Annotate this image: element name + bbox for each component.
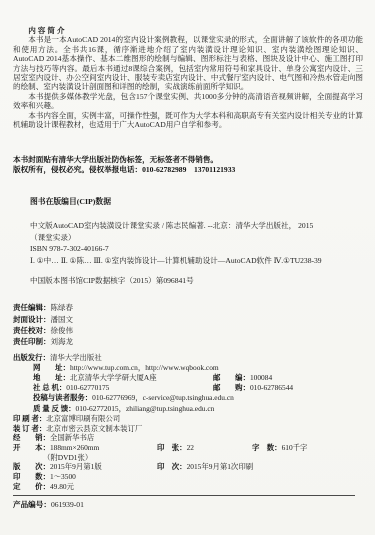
credit-value: 潘国文: [51, 315, 74, 324]
credit-row-print-supervisor: 责任印制：刘海龙: [13, 336, 363, 347]
content-summary-title: 内容简介: [13, 26, 363, 35]
cip-classification: Ⅰ. ①中… Ⅱ. ①陈… Ⅲ. ①室内装饰设计—计算机辅助设计—AutoCAD…: [30, 255, 363, 267]
website-row: 网 址：http://www.tup.com.cn，http://www.wqb…: [33, 363, 363, 373]
distributor-value: 全国新华书店: [50, 433, 94, 443]
publisher-row: 出版发行：清华大学出版社: [13, 353, 363, 363]
mail-order-label: 邮 购：: [213, 383, 250, 392]
reader-service-value: 010-62776969，c-service@tup.tsinghua.edu.…: [92, 393, 234, 403]
cip-series: （课堂实录）: [30, 232, 363, 244]
edition-row: 版 次：2015年9月第1版 印 次：2015年9月第1次印刷: [13, 462, 363, 472]
cip-title-line: 中文版AutoCAD室内装潢设计课堂实录 / 陈志民编著. --北京：清华大学出…: [30, 220, 363, 232]
quality-feedback-value: 010-62772015，zhiliang@tup.tsinghua.edu.c…: [76, 404, 215, 414]
impression-value: 2015年9月第1次印刷: [187, 462, 254, 471]
distributor-row: 经 销：全国新华书店: [13, 433, 363, 443]
format-label: 开 本：: [13, 443, 50, 452]
print-run-row: 印 数：1～3500: [13, 472, 363, 482]
address-row: 地 址：北京清华大学学研大厦A座 邮 编：100084: [33, 373, 363, 383]
binder-value: 北京市密云县京文制本装订厂: [46, 424, 142, 434]
product-number-value: 061939-01: [51, 500, 84, 509]
dvd-note: （附DVD1张）: [43, 453, 363, 463]
credit-label: 责任校对：: [13, 326, 51, 335]
publisher-name: 清华大学出版社: [50, 353, 102, 363]
sheets-label: 印 张：: [157, 443, 187, 452]
word-count-label: 字 数：: [252, 443, 282, 452]
product-number-label: 产品编号：: [13, 500, 51, 509]
credit-label: 责任印制：: [13, 337, 51, 346]
website-value: http://www.tup.com.cn，http://www.wqbook.…: [70, 363, 219, 373]
impression-label: 印 次：: [157, 462, 187, 471]
quality-feedback-label: 质 量 反 馈：: [33, 404, 76, 414]
printer-label: 印 刷 者：: [13, 414, 46, 424]
anti-piracy-notice: 本书封面贴有清华大学出版社防伪标签，无标签者不得销售。 版权所有，侵权必究。侵权…: [13, 155, 363, 175]
price-row: 定 价：49.80元: [13, 482, 363, 492]
reader-service-row: 投稿与读者服务：010-62776969，c-service@tup.tsing…: [33, 393, 363, 403]
zip-label: 邮 编：: [213, 373, 250, 382]
copyright-page: 内容简介 本书是一本AutoCAD 2014的室内设计案例教程，以课堂实录的形式…: [0, 0, 375, 535]
format-row: 开 本：188mm×260mm 印 张：22 字 数：610千字: [13, 443, 363, 453]
switchboard-value: 010-62770175: [66, 383, 109, 392]
distributor-label: 经 销：: [13, 433, 50, 443]
print-run-value: 1～3500: [50, 472, 76, 482]
switchboard-label: 社 总 机：: [33, 383, 66, 392]
credit-row-proofreader: 责任校对：徐俊伟: [13, 325, 363, 336]
edition-label: 版 次：: [13, 462, 50, 471]
printing-info-section: 印 刷 者：北京富博印刷有限公司 装 订 者：北京市密云县京文制本装订厂 经 销…: [13, 414, 363, 492]
sheets-value: 22: [187, 443, 194, 452]
address-value: 北京清华大学学研大厦A座: [70, 373, 157, 382]
credit-row-editor: 责任编辑：陈绿春: [13, 302, 363, 313]
print-run-label: 印 数：: [13, 472, 50, 482]
printer-value: 北京富博印刷有限公司: [46, 414, 120, 424]
website-label: 网 址：: [33, 363, 70, 373]
word-count-value: 610千字: [282, 443, 308, 452]
credit-label: 责任编辑：: [13, 303, 51, 312]
price-label: 定 价：: [13, 482, 50, 492]
intro-paragraph-3: 本书内容全面，实例丰富，可操作性强，既可作为大学本科和高职高专有关室内设计相关专…: [13, 111, 363, 130]
credits-section: 责任编辑：陈绿春 封面设计：潘国文 责任校对：徐俊伟 责任印制：刘海龙: [13, 302, 363, 347]
copyright-hotline-line: 版权所有，侵权必究。侵权举报电话：010-62782989 1370112193…: [13, 165, 363, 175]
publisher-label: 出版发行：: [13, 353, 50, 363]
cip-isbn: ISBN 978-7-302-40166-7: [30, 243, 363, 255]
printer-row: 印 刷 者：北京富博印刷有限公司: [13, 414, 363, 424]
cip-record-number: 中国版本图书馆CIP数据核字（2015）第096841号: [30, 276, 363, 286]
switchboard-row: 社 总 机：010-62770175 邮 购：010-62786544: [33, 383, 363, 393]
edition-value: 2015年9月第1版: [50, 462, 102, 471]
credit-value: 刘海龙: [51, 337, 74, 346]
credit-row-cover-design: 封面设计：潘国文: [13, 314, 363, 325]
content-summary-section: 内容简介 本书是一本AutoCAD 2014的室内设计案例教程，以课堂实录的形式…: [13, 26, 363, 129]
credit-value: 徐俊伟: [51, 326, 74, 335]
product-number-row: 产品编号：061939-01: [13, 500, 363, 510]
credit-value: 陈绿春: [51, 303, 74, 312]
intro-paragraph-2: 本书提供多媒体教学光盘，包含157个课堂实例、共1000多分钟的高清语音视频讲解…: [13, 92, 363, 111]
cip-heading: 图书在版编目(CIP)数据: [30, 196, 363, 207]
mail-order-value: 010-62786544: [250, 383, 293, 392]
cip-data-section: 图书在版编目(CIP)数据 中文版AutoCAD室内装潢设计课堂实录 / 陈志民…: [30, 196, 363, 286]
format-value: 188mm×260mm: [50, 443, 99, 452]
price-value: 49.80元: [50, 482, 74, 492]
anti-piracy-line: 本书封面贴有清华大学出版社防伪标签，无标签者不得销售。: [13, 155, 363, 165]
bottom-divider: [13, 495, 355, 496]
credit-label: 封面设计：: [13, 315, 51, 324]
binder-row: 装 订 者：北京市密云县京文制本装订厂: [13, 424, 363, 434]
zip-value: 100084: [250, 373, 272, 382]
address-label: 地 址：: [33, 373, 70, 382]
quality-feedback-row: 质 量 反 馈：010-62772015，zhiliang@tup.tsingh…: [33, 404, 363, 414]
reader-service-label: 投稿与读者服务：: [33, 393, 92, 403]
binder-label: 装 订 者：: [13, 424, 46, 434]
intro-paragraph-1: 本书是一本AutoCAD 2014的室内设计案例教程，以课堂实录的形式，全面讲解…: [13, 35, 363, 91]
publisher-section: 出版发行：清华大学出版社 网 址：http://www.tup.com.cn，h…: [13, 353, 363, 414]
